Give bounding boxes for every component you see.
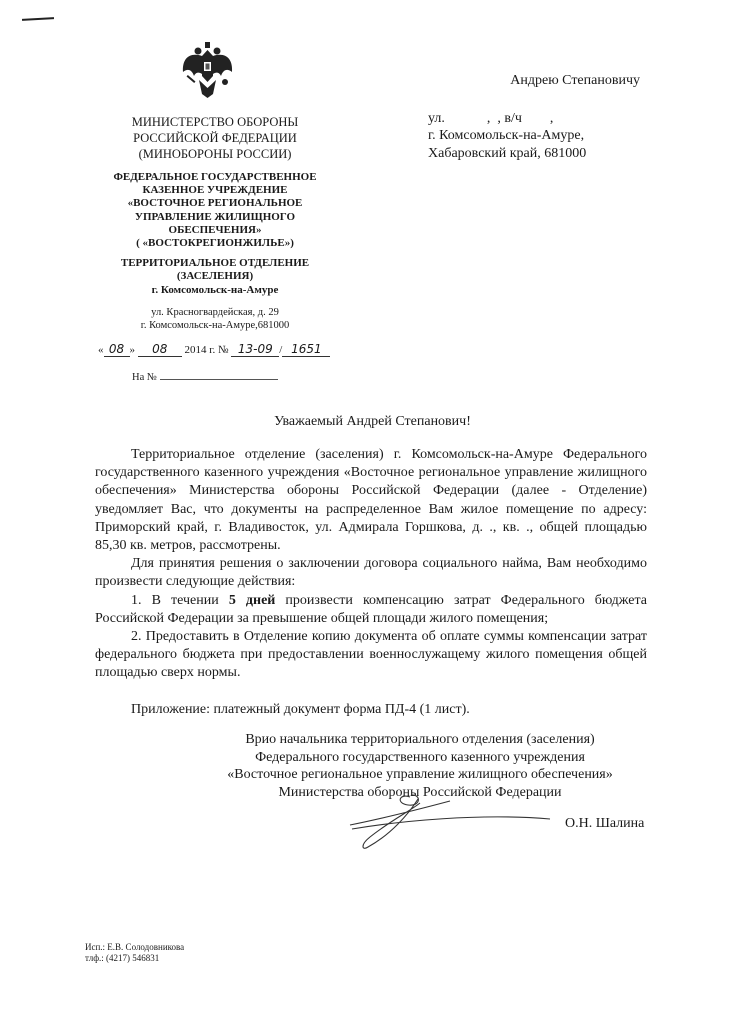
item1-deadline: 5 дней [229,593,276,608]
institution-line: ( «ВОСТОКРЕГИОНЖИЛЬЕ») [100,237,330,250]
address-line: ул. Красногвардейская, д. 29 [100,307,330,320]
letter-body: Территориальное отделение (заселения) г.… [95,446,647,719]
institution-line: «ВОСТОЧНОЕ РЕГИОНАЛЬНОЕ [100,197,330,210]
executor-name: Исп.: Е.В. Солодовникова [85,942,184,953]
sender-address: ул. Красногвардейская, д. 29 г. Комсомол… [100,307,330,333]
annex-note: Приложение: платежный документ форма ПД-… [95,701,647,719]
paragraph-actions-intro: Для принятия решения о заключении догово… [95,555,647,591]
outgoing-number-part1: 13-09 [231,342,279,357]
ministry-name: МИНИСТЕРСТВО ОБОРОНЫ РОССИЙСКОЙ ФЕДЕРАЦИ… [100,114,330,162]
department-line: ТЕРРИТОРИАЛЬНОЕ ОТДЕЛЕНИЕ [100,257,330,270]
recipient-block: Андрею Степановичу ул. , , в/ч , г. Комс… [420,72,660,162]
salutation: Уважаемый Андрей Степанович! [0,414,745,430]
reply-to-label: На № [132,372,157,383]
date-day: 08 [104,342,130,357]
address-line: г. Комсомольск-на-Амуре,681000 [100,320,330,333]
institution-line: ОБЕСПЕЧЕНИЯ» [100,224,330,237]
signatory-title-line: Федерального государственного казенного … [170,749,670,767]
ministry-line: МИНИСТЕРСТВО ОБОРОНЫ [100,114,330,130]
reply-to-blank [160,370,278,380]
action-item-2: 2. Предоставить в Отделение копию докуме… [95,628,647,683]
signatory-title-line: «Восточное региональное управление жилищ… [170,766,670,784]
department-name: ТЕРРИТОРИАЛЬНОЕ ОТДЕЛЕНИЕ (ЗАСЕЛЕНИЯ) г.… [100,257,330,297]
document-date-number: «08» 08 2014 г. № 13-09/1651 [98,342,330,357]
institution-line: ФЕДЕРАЛЬНОЕ ГОСУДАРСТВЕННОЕ [100,171,330,184]
institution-line: КАЗЕННОЕ УЧРЕЖДЕНИЕ [100,184,330,197]
recipient-address-line: г. Комсомольск-на-Амуре, [428,127,660,145]
ministry-line: РОССИЙСКОЙ ФЕДЕРАЦИИ [100,130,330,146]
item1-prefix: 1. В течении [131,593,229,608]
department-line: (ЗАСЕЛЕНИЯ) [100,270,330,283]
signatory-title-line: Врио начальника территориального отделен… [170,731,670,749]
executor-info: Исп.: Е.В. Солодовникова тлф.: (4217) 54… [85,942,184,964]
date-month: 08 [138,342,182,357]
signer-name: О.Н. Шалина [565,816,644,832]
department-line: г. Комсомольск-на-Амуре [100,284,330,297]
ministry-line: (МИНОБОРОНЫ РОССИИ) [100,146,330,162]
margin-mark [22,17,54,21]
recipient-address-line: Хабаровский край, 681000 [428,145,660,163]
action-item-1: 1. В течении 5 дней произвести компенсац… [95,592,647,628]
paragraph-notice: Территориальное отделение (заселения) г.… [95,446,647,555]
date-year: 2014 г. № [185,344,229,356]
recipient-address-line: ул. , , в/ч , [428,110,660,128]
institution-name: ФЕДЕРАЛЬНОЕ ГОСУДАРСТВЕННОЕ КАЗЕННОЕ УЧР… [100,171,330,250]
institution-line: УПРАВЛЕНИЕ ЖИЛИЩНОГО [100,211,330,224]
handwritten-signature-icon [340,785,570,855]
double-headed-eagle-icon [180,42,235,100]
reply-reference: На № [132,370,278,383]
executor-phone: тлф.: (4217) 546831 [85,953,184,964]
outgoing-number-part2: 1651 [282,342,330,357]
recipient-name: Андрею Степановичу [420,72,660,90]
quote-close: » [130,344,136,356]
